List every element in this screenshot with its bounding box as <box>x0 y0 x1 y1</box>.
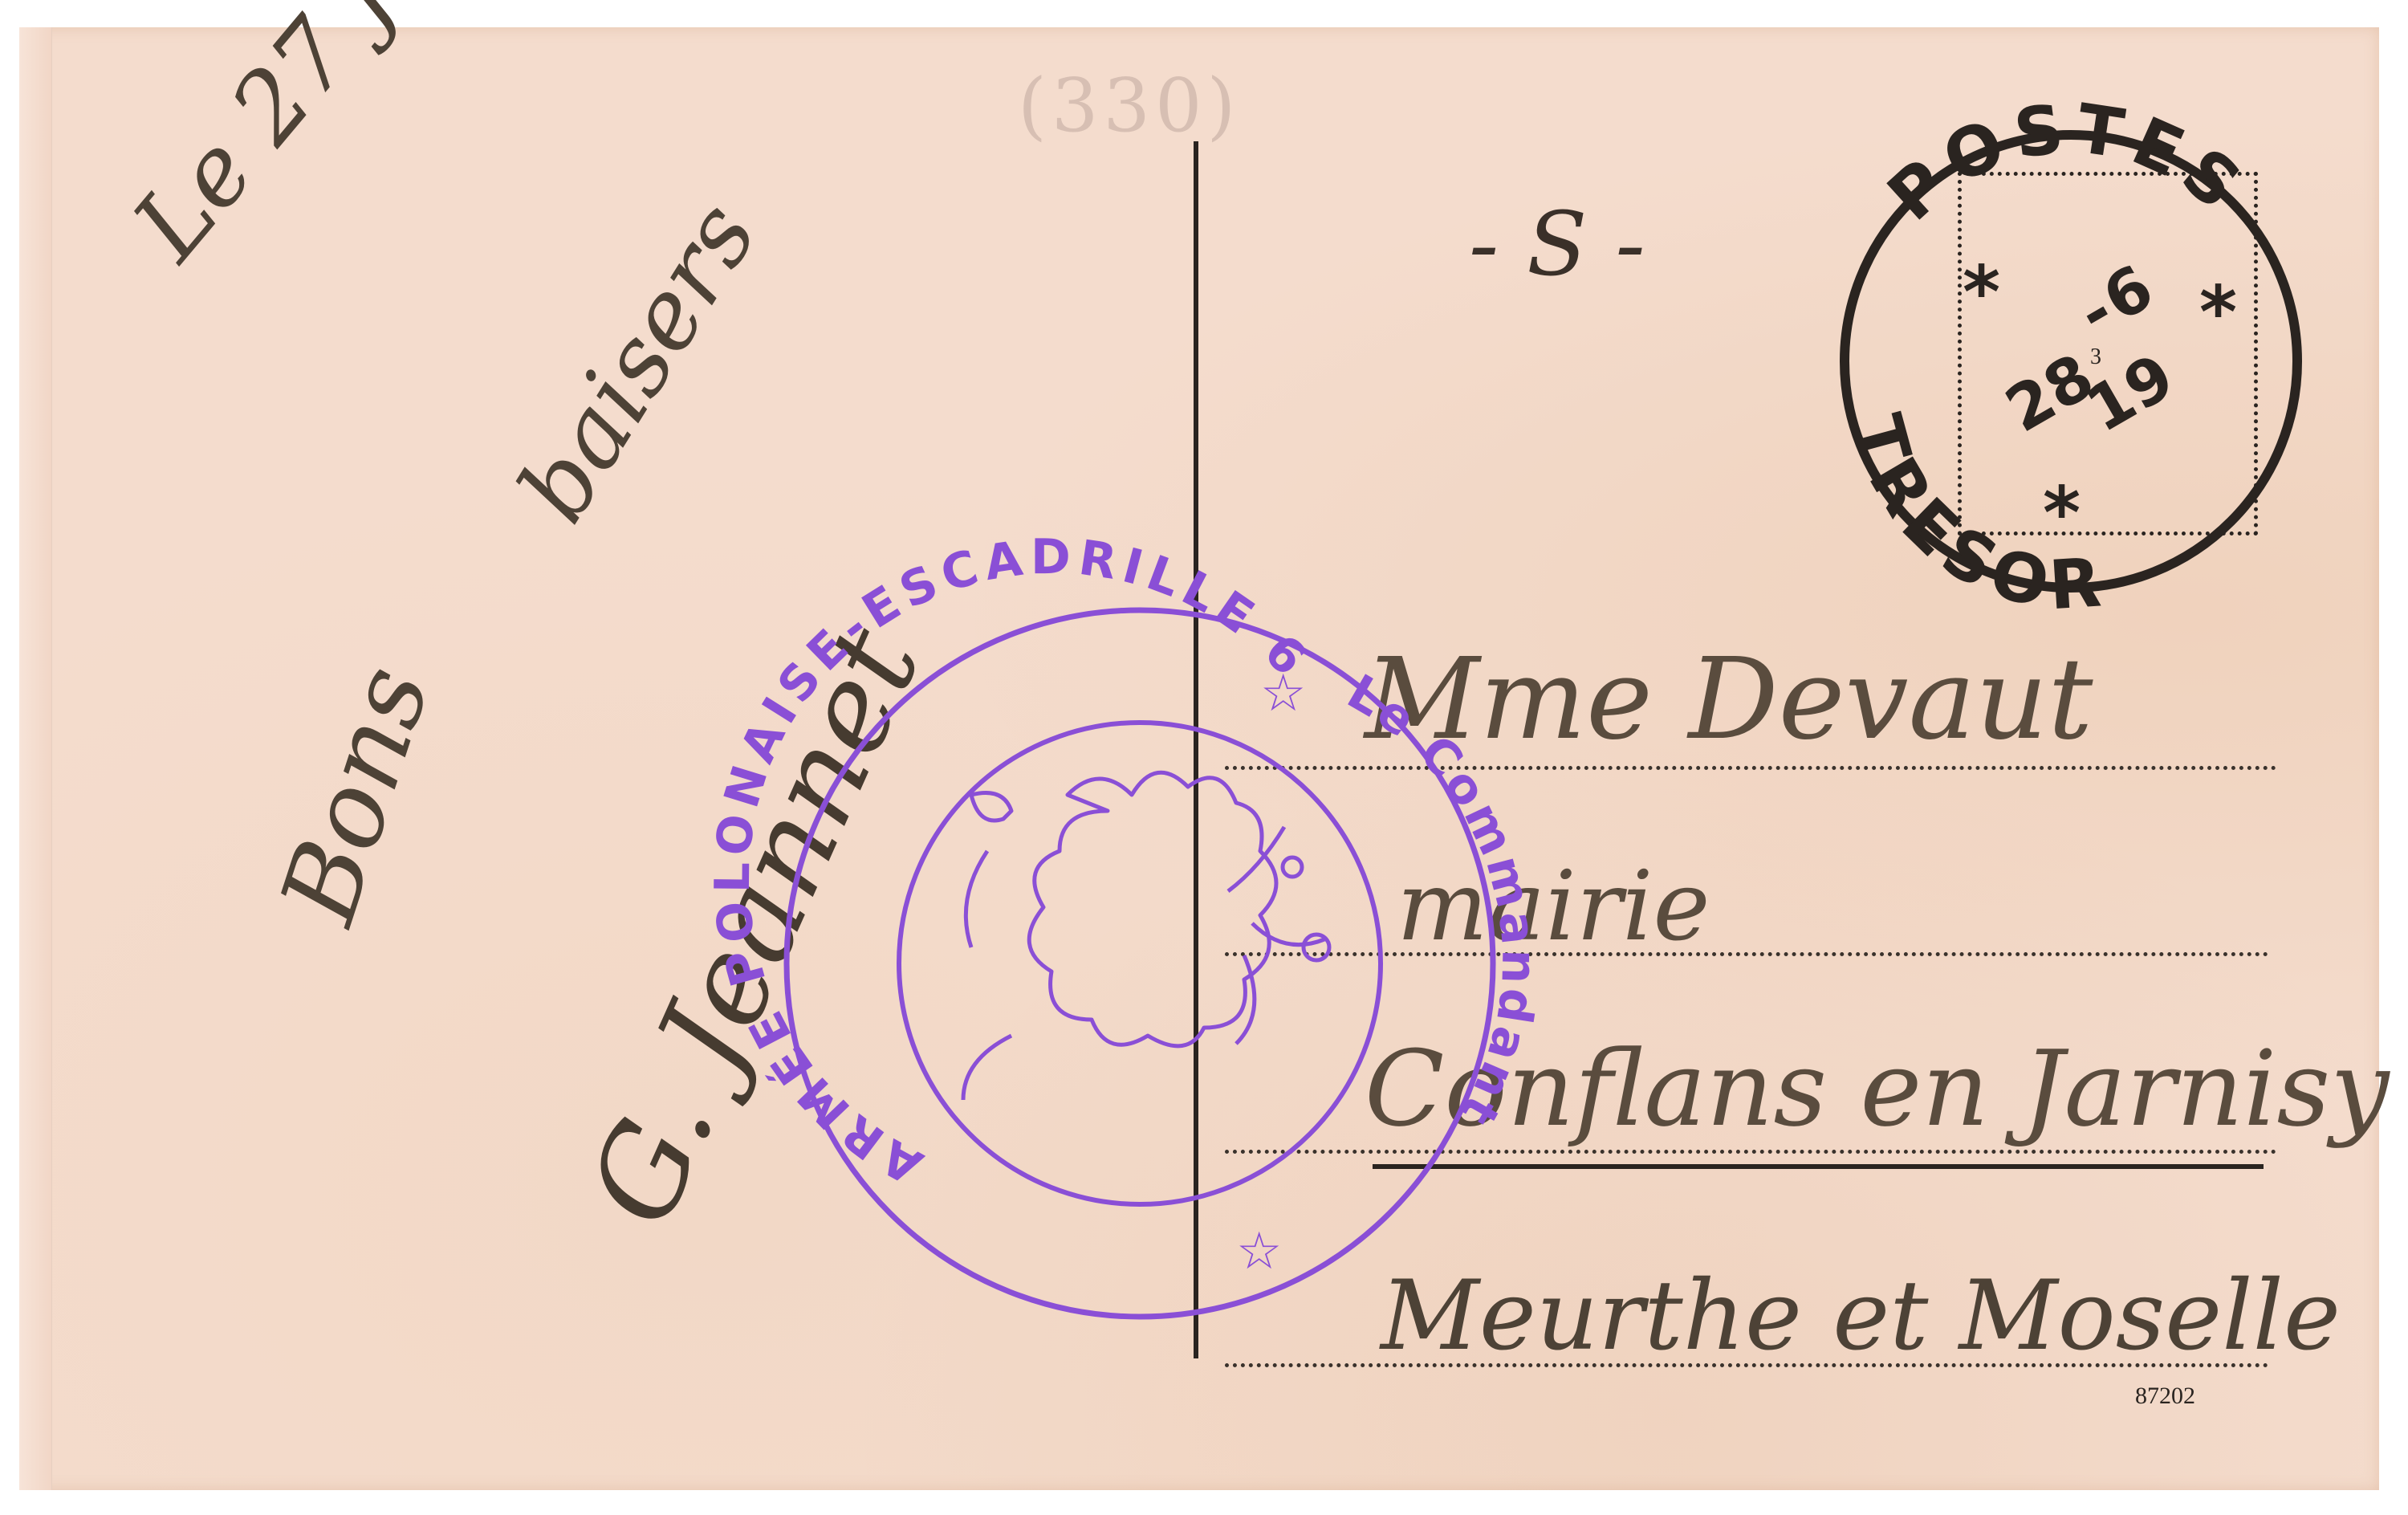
eagle-emblem-icon <box>963 772 1329 1100</box>
postmark-star-left: * <box>1963 250 2000 335</box>
stamp-star-bottom: ☆ <box>1236 1222 1282 1281</box>
postmark-year: 19 <box>2075 340 2186 446</box>
postmark-top-text: POSTES <box>1873 88 2261 235</box>
postmark-star-bottom: * <box>2043 471 2081 556</box>
postmark-star-right: * <box>2199 271 2237 355</box>
military-stamp-text: ARMÉE POLONAISE-ESCADRILLE 66 Le Command… <box>0 0 1547 1281</box>
stamp-outer-text: ARMÉE POLONAISE-ESCADRILLE 66 <box>0 0 1321 1195</box>
svg-text:Le Commandant: Le Commandant <box>1338 664 1548 1137</box>
stamp-star-top: ☆ <box>1260 664 1306 723</box>
stamp-inner-text: Le Commandant <box>1338 664 1548 1137</box>
svg-text:ARMÉE POLONAISE-ESCADRILLE 66: ARMÉE POLONAISE-ESCADRILLE 66 <box>0 0 1321 1195</box>
stamps-overlay: POSTES TRESOR * * * 28 - 6 19 ARMÉE POLO… <box>0 0 2408 1515</box>
svg-text:POSTES: POSTES <box>1873 88 2261 235</box>
